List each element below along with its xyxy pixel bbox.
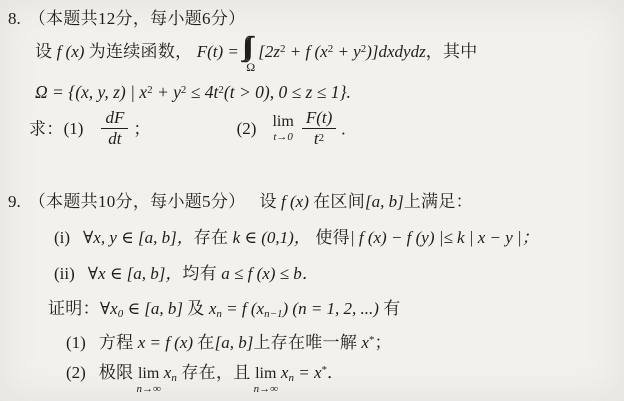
- text-segment: 存在，且: [177, 363, 251, 382]
- text-segment: 有: [383, 299, 400, 318]
- problem-8: 8.（本题共12分，每小题6分） 设 f (x) 为连续函数， F(t) = ∫…: [8, 6, 620, 149]
- problem-9-proof-intro: 证明：∀x0 ∈ [a, b] 及 xn = f (xn−1) (n = 1, …: [48, 296, 620, 323]
- question-1-label: (1): [64, 119, 84, 138]
- math-segment: ∀x: [100, 299, 118, 318]
- math-segment: f (x): [277, 192, 313, 211]
- text-segment: ，其中: [426, 41, 478, 60]
- text-segment: 在: [197, 333, 214, 352]
- integral-domain-label: Ω: [246, 61, 255, 73]
- math-segment: ≤ 4t: [186, 82, 218, 102]
- math-segment: | f (x) − f (y) |≤ k | x − y |；: [350, 228, 539, 247]
- text-segment: 极限: [99, 363, 134, 382]
- math-segment: x: [357, 333, 369, 352]
- text-segment: 及: [187, 299, 204, 318]
- fraction-Ft-t2: F(t)t2: [302, 109, 336, 149]
- fraction-numerator: dF: [101, 109, 128, 130]
- problem-8-number: 8.: [8, 9, 21, 28]
- math-segment: ∈ [a, b]: [123, 299, 187, 318]
- problem-8-points: （本题共12分，每小题6分）: [29, 9, 246, 28]
- question-2-label: (2): [237, 119, 257, 138]
- math-segment: x = f (x): [133, 333, 197, 352]
- triple-integral-symbol: ∫∫∫: [246, 33, 255, 60]
- limit-word: lim: [255, 366, 276, 382]
- subscript: n−1: [264, 308, 282, 320]
- fraction-denominator: t2: [310, 129, 328, 149]
- triple-integral: ∫∫∫Ω: [246, 33, 255, 73]
- text-segment: 上存在唯一解: [253, 333, 357, 352]
- claim-1-label: (1): [66, 333, 86, 352]
- math-segment: = x: [294, 363, 322, 382]
- problem-9-claim-2: (2)极限limn→∞xn 存在，且limn→∞xn = x*．: [66, 360, 620, 395]
- problem-8-domain-line: Ω = {(x, y, z) | x2 + y2 ≤ 4t2(t > 0), 0…: [35, 79, 620, 105]
- exponent: 2: [319, 132, 325, 144]
- punctuation: ；: [133, 119, 150, 138]
- limit-word: lim: [272, 114, 293, 130]
- punctuation: .: [341, 119, 346, 138]
- punctuation: ．: [327, 363, 344, 382]
- math-segment: Ω = {(x, y, z) | x: [35, 82, 147, 102]
- math-segment: + f (x: [286, 41, 328, 60]
- math-segment: [a, b]: [365, 192, 404, 211]
- problem-9: 9.（本题共10分，每小题5分）设 f (x) 在区间[a, b]上满足： (i…: [8, 189, 620, 395]
- math-segment: a ≤ f (x) ≤ b．: [217, 264, 319, 283]
- math-segment: x: [205, 299, 217, 318]
- text-segment: 求：: [29, 119, 64, 138]
- math-segment: [2z: [258, 41, 280, 60]
- text-segment: 设: [35, 41, 52, 60]
- text-segment: 证明：: [48, 299, 100, 318]
- problem-9-condition-i: (i)∀x, y ∈ [a, b]，存在 k ∈ (0,1)， 使得| f (x…: [54, 225, 620, 251]
- fraction-dF-dt: dFdt: [101, 109, 128, 149]
- limit-subscript: n→∞: [136, 384, 160, 395]
- math-segment: [a, b]: [215, 333, 254, 352]
- problem-8-header: 8.（本题共12分，每小题6分）: [8, 6, 620, 32]
- math-segment: + y: [333, 41, 361, 60]
- math-segment: ) (n = 1, 2, ...): [283, 299, 384, 318]
- text-segment: 均有: [182, 264, 217, 283]
- punctuation: ；: [374, 333, 391, 352]
- problem-9-points: （本题共10分，每小题5分）: [29, 192, 246, 211]
- math-segment: ∀x ∈ [a, b]，: [88, 264, 183, 283]
- math-segment: = f (x: [222, 299, 264, 318]
- limit-operator: limn→∞: [254, 366, 278, 395]
- math-segment: k ∈ (0,1)，: [228, 228, 310, 247]
- limit-word: lim: [138, 366, 159, 382]
- math-segment: ∀x, y ∈ [a, b]，: [83, 228, 194, 247]
- text-segment: 存在: [194, 228, 229, 247]
- problem-9-number: 9.: [8, 192, 21, 211]
- scanned-exam-page: 8.（本题共12分，每小题6分） 设 f (x) 为连续函数， F(t) = ∫…: [0, 0, 624, 401]
- problem-9-condition-ii: (ii)∀x ∈ [a, b]，均有 a ≤ f (x) ≤ b．: [54, 261, 620, 287]
- limit-subscript: t→0: [273, 132, 293, 143]
- text-segment: 方程: [99, 333, 134, 352]
- limit-operator: limn→∞: [136, 366, 160, 395]
- problem-9-header: 9.（本题共10分，每小题5分）设 f (x) 在区间[a, b]上满足：: [8, 189, 620, 215]
- math-segment: )]dxdydz: [366, 41, 425, 60]
- math-segment: + y: [153, 82, 181, 102]
- text-segment: 使得: [311, 228, 350, 247]
- fraction-denominator: dt: [104, 129, 125, 149]
- limit-subscript: n→∞: [254, 384, 278, 395]
- condition-i-label: (i): [54, 228, 70, 247]
- text-segment: 为连续函数，: [89, 41, 193, 60]
- math-segment: (t > 0), 0 ≤ z ≤ 1}.: [224, 82, 351, 102]
- condition-ii-label: (ii): [54, 264, 75, 283]
- math-segment: F(t) =: [192, 41, 243, 60]
- text-segment: 设: [259, 192, 276, 211]
- problem-8-questions-line: 求：(1)dFdt；(2)limt→0F(t)t2.: [29, 109, 620, 149]
- fraction-numerator: F(t): [302, 109, 336, 130]
- text-segment: 在区间: [313, 192, 365, 211]
- limit-operator: limt→0: [272, 114, 293, 143]
- problem-8-definition-line: 设 f (x) 为连续函数， F(t) = ∫∫∫Ω[2z2 + f (x2 +…: [35, 33, 620, 73]
- math-segment: f (x): [52, 41, 88, 60]
- claim-2-label: (2): [66, 363, 86, 382]
- text-segment: 上满足：: [404, 192, 473, 211]
- problem-9-claim-1: (1)方程 x = f (x) 在[a, b]上存在唯一解 x*；: [66, 330, 620, 356]
